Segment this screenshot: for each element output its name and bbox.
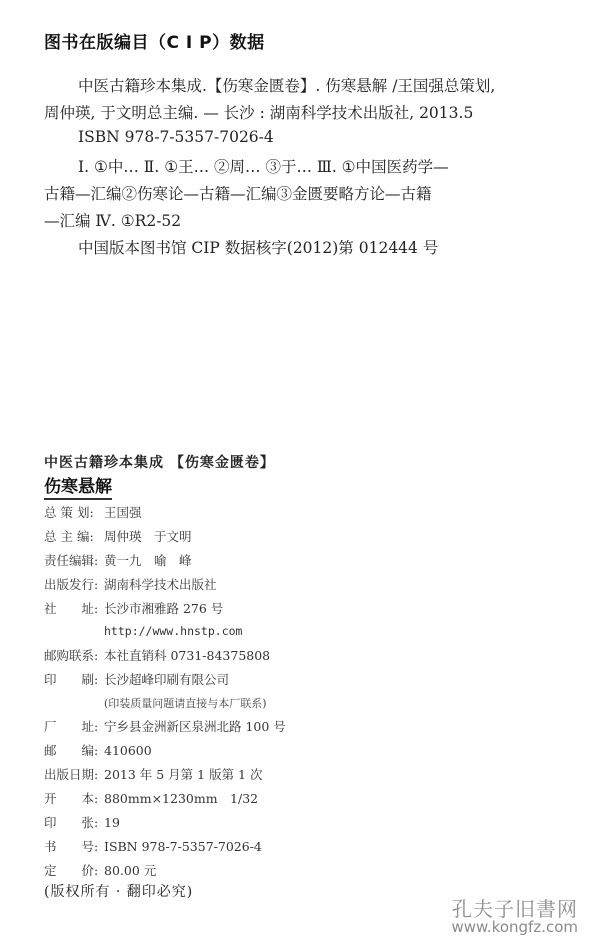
row-isbn: 书 号:ISBN 978-7-5357-7026-4 [44, 837, 262, 855]
row-value: 19 [104, 815, 120, 830]
watermark-url: www.kongfz.com [451, 918, 578, 936]
row-value: 410600 [104, 743, 152, 758]
row-value: ISBN 978-7-5357-7026-4 [104, 839, 262, 854]
row-label: 邮 编: [44, 741, 104, 759]
row-label: 书 号: [44, 837, 104, 855]
row-label: 印 刷: [44, 670, 104, 688]
row-value: 王国强 [104, 503, 142, 521]
row-format: 开 本:880mm×1230mm 1/32 [44, 789, 258, 807]
row-label: 总 策 划: [44, 503, 104, 521]
row-value: 黄一九 喻 峰 [104, 551, 192, 569]
book-title: 伤寒悬解 [44, 472, 112, 500]
row-label: 总 主 编: [44, 527, 104, 545]
publisher-website: http://www.hnstp.com [104, 624, 242, 638]
cip-heading: 图书在版编目（C I P）数据 [44, 28, 265, 53]
row-value: 2013 年 5 月第 1 版第 1 次 [104, 765, 262, 783]
row-value: 880mm×1230mm 1/32 [104, 789, 258, 807]
row-factory-address: 厂 址:宁乡县金洲新区泉洲北路 100 号 [44, 717, 286, 735]
row-label: 出版日期: [44, 765, 104, 783]
row-label: 邮购联系: [44, 646, 104, 664]
row-postcode: 邮 编:410600 [44, 741, 152, 759]
row-value: 80.00 元 [104, 861, 156, 879]
row-publisher: 出版发行:湖南科学技术出版社 [44, 575, 217, 593]
row-responsible-editor: 责任编辑:黄一九 喻 峰 [44, 551, 192, 569]
row-publish-date: 出版日期:2013 年 5 月第 1 版第 1 次 [44, 765, 262, 783]
row-label: 定 价: [44, 861, 104, 879]
row-label: 责任编辑: [44, 551, 104, 569]
row-sheets: 印 张:19 [44, 813, 120, 831]
row-printer: 印 刷:长沙超峰印刷有限公司 [44, 670, 229, 688]
row-value: 长沙市湘雅路 276 号 [104, 599, 223, 617]
row-value: 本社直销科 0731-84375808 [104, 646, 270, 664]
row-price: 定 价:80.00 元 [44, 861, 156, 879]
row-label: 厂 址: [44, 717, 104, 735]
row-label: 开 本: [44, 789, 104, 807]
row-planner: 总 策 划:王国强 [44, 503, 142, 521]
row-value: 宁乡县金洲新区泉洲北路 100 号 [104, 717, 286, 735]
copyright-notice: (版权所有 · 翻印必究) [44, 881, 193, 901]
row-value: 湖南科学技术出版社 [104, 575, 217, 593]
row-value: 长沙超峰印刷有限公司 [104, 670, 229, 688]
cip-line-1: 中医古籍珍本集成.【伤寒金匮卷】. 伤寒悬解 /王国强总策划, [78, 74, 495, 96]
cip-line-classification-1: Ⅰ. ①中… Ⅱ. ①王… ②周… ③于… Ⅲ. ①中国医药学— [78, 155, 449, 177]
cip-line-classification-2: 古籍—汇编②伤寒论—古籍—汇编③金匮要略方论—古籍 [44, 182, 432, 204]
series-title: 中医古籍珍本集成 【伤寒金匮卷】 [44, 452, 275, 472]
printer-note: (印装质量问题请直接与本厂联系) [104, 695, 267, 711]
cip-line-classification-3: —汇编 Ⅳ. ①R2-52 [44, 209, 181, 231]
row-mail-order: 邮购联系:本社直销科 0731-84375808 [44, 646, 270, 664]
cip-line-isbn: ISBN 978-7-5357-7026-4 [78, 128, 274, 146]
cip-line-2: 周仲瑛, 于文明总主编. — 长沙 : 湖南科学技术出版社, 2013.5 [44, 101, 473, 123]
row-address: 社 址:长沙市湘雅路 276 号 [44, 599, 223, 617]
row-label: 印 张: [44, 813, 104, 831]
row-value: 周仲瑛 于文明 [104, 527, 192, 545]
row-label: 社 址: [44, 599, 104, 617]
row-chief-editor: 总 主 编:周仲瑛 于文明 [44, 527, 192, 545]
row-label: 出版发行: [44, 575, 104, 593]
cip-line-data-number: 中国版本图书馆 CIP 数据核字(2012)第 012444 号 [78, 236, 438, 258]
